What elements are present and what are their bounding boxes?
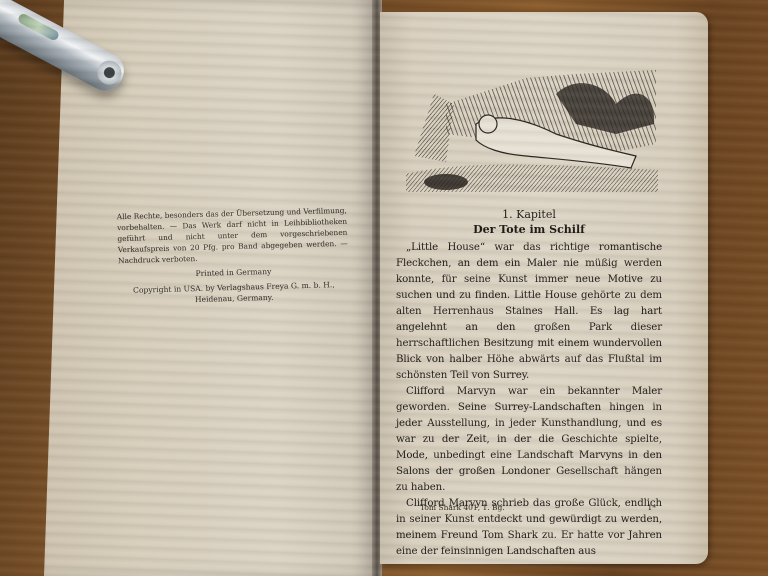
- sheet-mark: 1*: [647, 503, 656, 512]
- paragraph-1: „Little House“ war das richtige romantis…: [396, 240, 662, 384]
- rights-notice: Alle Rechte, besonders das der Übersetzu…: [117, 205, 348, 266]
- signature-mark: Tom Shark 401, 1. Bg.: [420, 503, 505, 512]
- paragraph-2: Clifford Marvyn war ein bekannter Maler …: [396, 384, 662, 496]
- engraving-illustration: [406, 64, 658, 192]
- printed-in: Printed in Germany: [118, 264, 348, 281]
- imprint-block: Alle Rechte, besonders das der Übersetzu…: [117, 205, 350, 307]
- chapter-title: Der Tote im Schilf: [396, 222, 662, 238]
- chapter-number: 1. Kapitel: [396, 208, 662, 222]
- page-footer: Tom Shark 401, 1. Bg. 1*: [420, 503, 656, 512]
